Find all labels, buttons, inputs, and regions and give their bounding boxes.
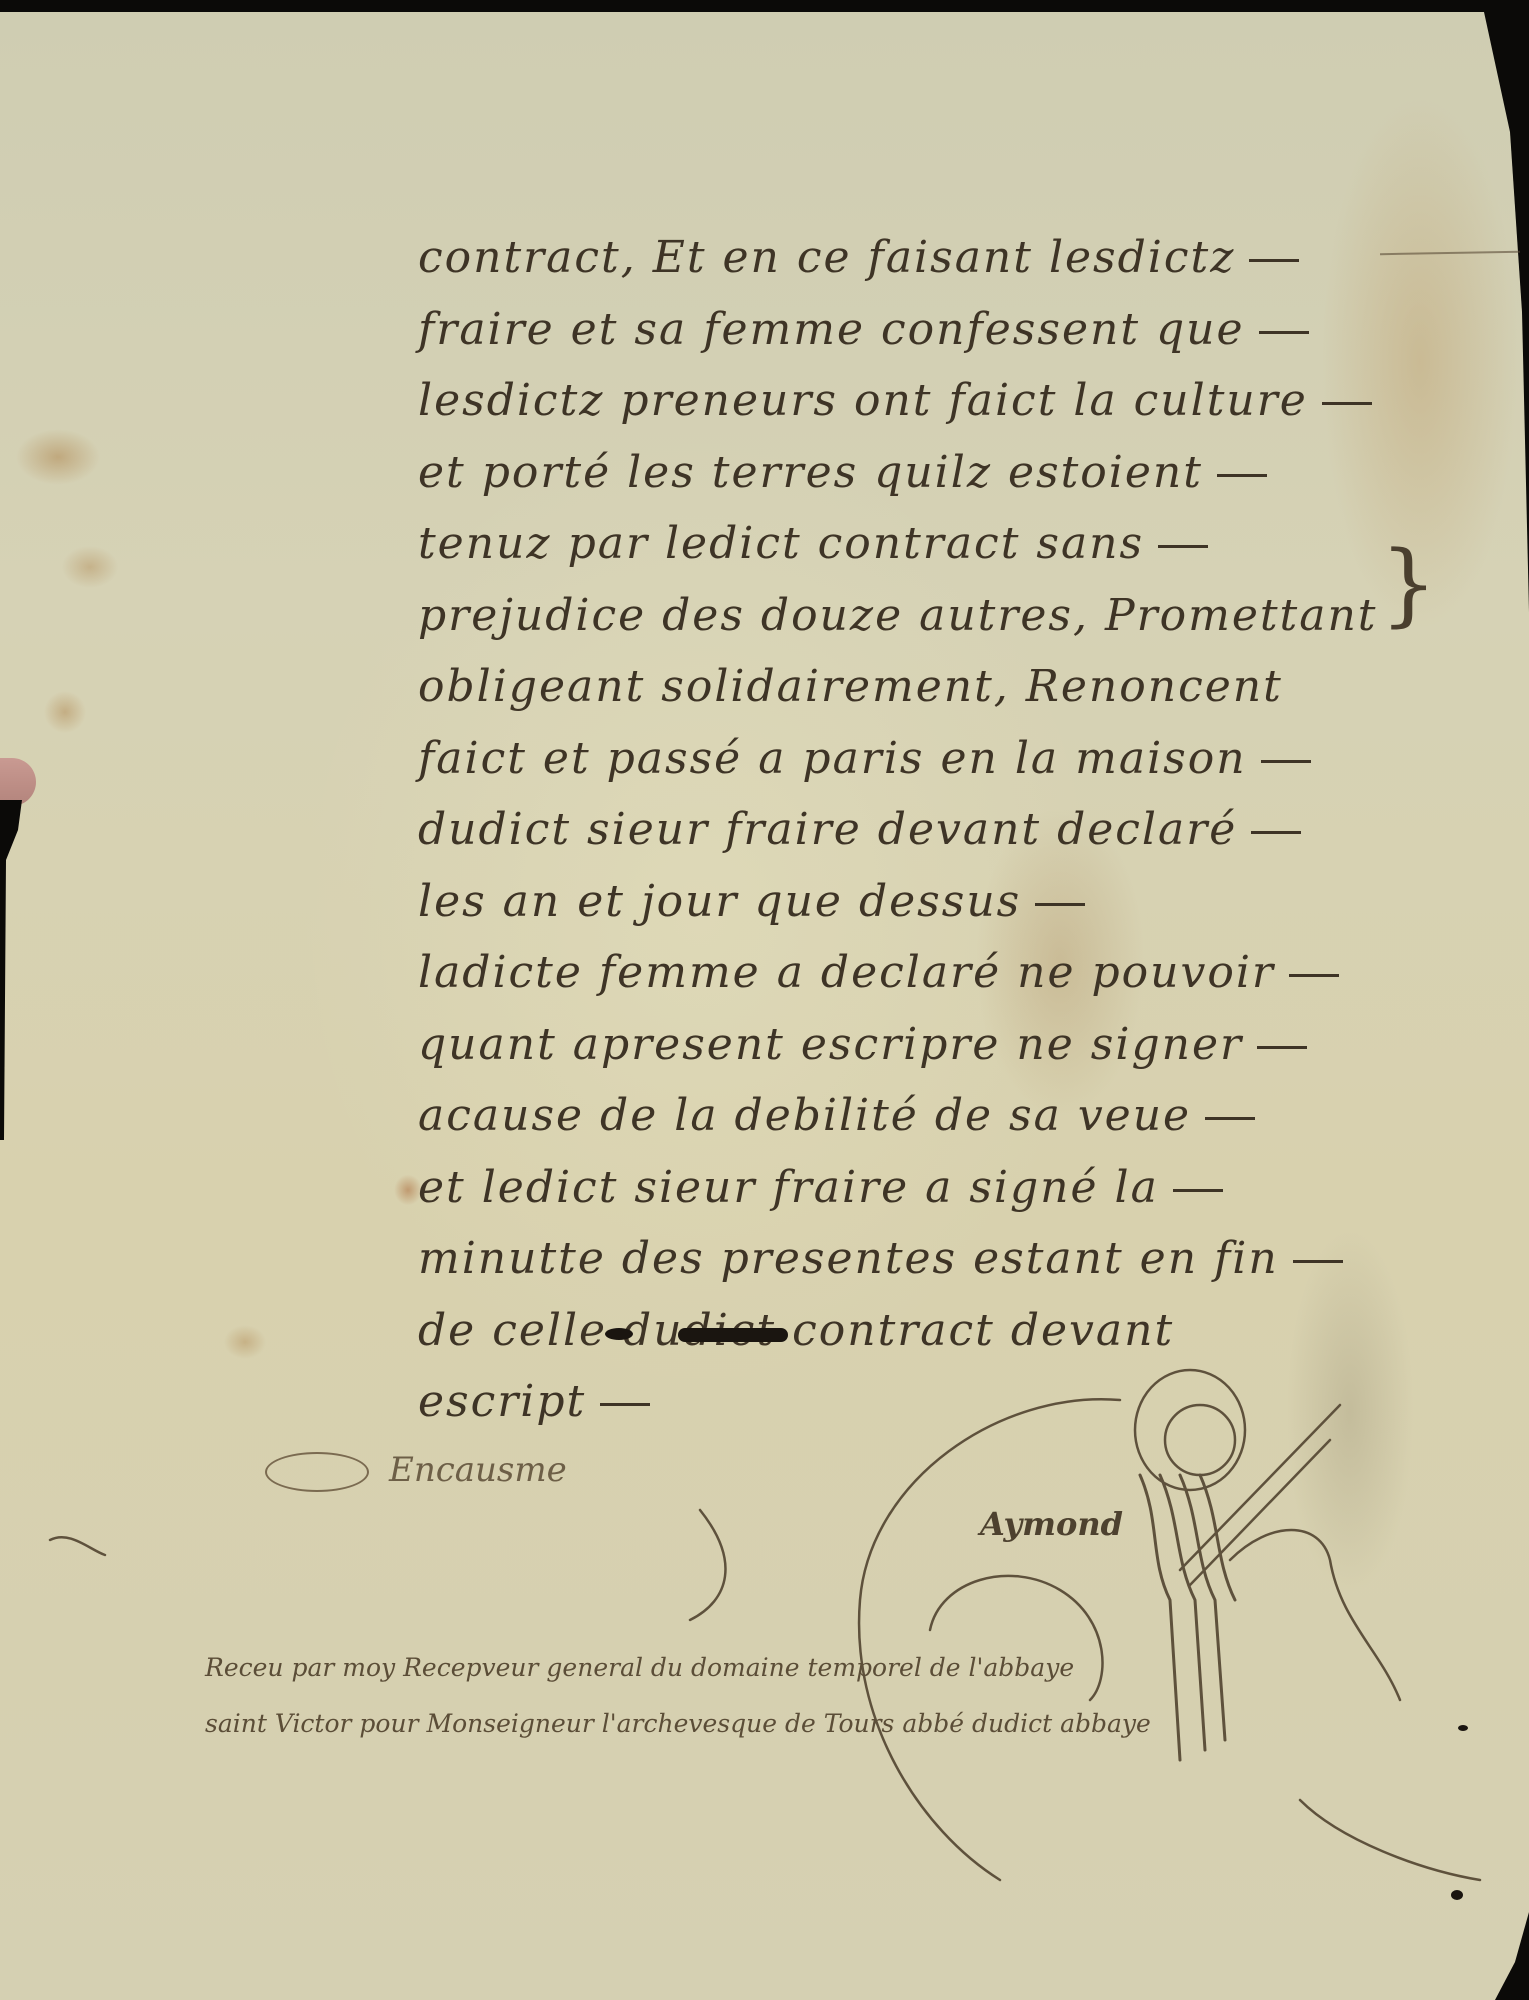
manuscript-line: tenuz par ledict contract sans (418, 508, 1398, 580)
manuscript-line: de celle dudict contract devant (418, 1295, 1398, 1367)
line-filler-dash (1289, 974, 1339, 977)
line-filler-dash (600, 1403, 650, 1406)
manuscript-line: obligeant solidairement, Renoncent (418, 651, 1398, 723)
signature-left: Encausme (265, 1450, 567, 1492)
notation-line: Receu par moy Recepveur general du domai… (205, 1640, 1455, 1696)
manuscript-line: et porté les terres quilz estoient (418, 437, 1398, 509)
ink-blot (1458, 1725, 1468, 1731)
document-scan: contract, Et en ce faisant lesdictz frai… (0, 0, 1529, 2000)
signature-flourish (265, 1452, 369, 1492)
signature-right: Aymond (980, 1505, 1123, 1543)
manuscript-line: dudict sieur fraire devant declaré (418, 794, 1398, 866)
line-filler-dash (1257, 1046, 1307, 1049)
manuscript-line: contract, Et en ce faisant lesdictz (418, 222, 1398, 294)
manuscript-body: contract, Et en ce faisant lesdictz frai… (418, 222, 1398, 1438)
line-filler-dash (1173, 1189, 1223, 1192)
manuscript-line: escript (418, 1366, 1398, 1438)
margin-brace-mark: } (1380, 540, 1437, 630)
manuscript-line: fraire et sa femme confessent que (418, 294, 1398, 366)
line-filler-dash (1249, 259, 1299, 262)
manuscript-line: ladicte femme a declaré ne pouvoir (418, 937, 1398, 1009)
line-filler-dash (1259, 331, 1309, 334)
line-filler-dash (1205, 1117, 1255, 1120)
ink-blot (605, 1328, 633, 1340)
receipt-notation: Receu par moy Recepveur general du domai… (205, 1640, 1455, 1752)
ink-blot (1451, 1890, 1463, 1900)
line-filler-dash (1251, 831, 1301, 834)
manuscript-line: acause de la debilité de sa veue (418, 1080, 1398, 1152)
line-filler-dash (1158, 545, 1208, 548)
line-filler-dash (1293, 1260, 1343, 1263)
line-filler-dash (1261, 760, 1311, 763)
manuscript-line: faict et passé a paris en la maison (418, 723, 1398, 795)
manuscript-line: les an et jour que dessus (418, 866, 1398, 938)
line-filler-dash (1035, 903, 1085, 906)
ink-blot (678, 1328, 788, 1342)
line-filler-dash (1217, 474, 1267, 477)
manuscript-line: quant apresent escripre ne signer (418, 1009, 1398, 1081)
notation-line: saint Victor pour Monseigneur l'archeves… (205, 1696, 1455, 1752)
manuscript-line: lesdictz preneurs ont faict la culture (418, 365, 1398, 437)
line-filler-dash (1322, 402, 1372, 405)
manuscript-line: prejudice des douze autres, Promettant (418, 580, 1398, 652)
manuscript-line: minutte des presentes estant en fin (418, 1223, 1398, 1295)
manuscript-line: et ledict sieur fraire a signé la (418, 1152, 1398, 1224)
